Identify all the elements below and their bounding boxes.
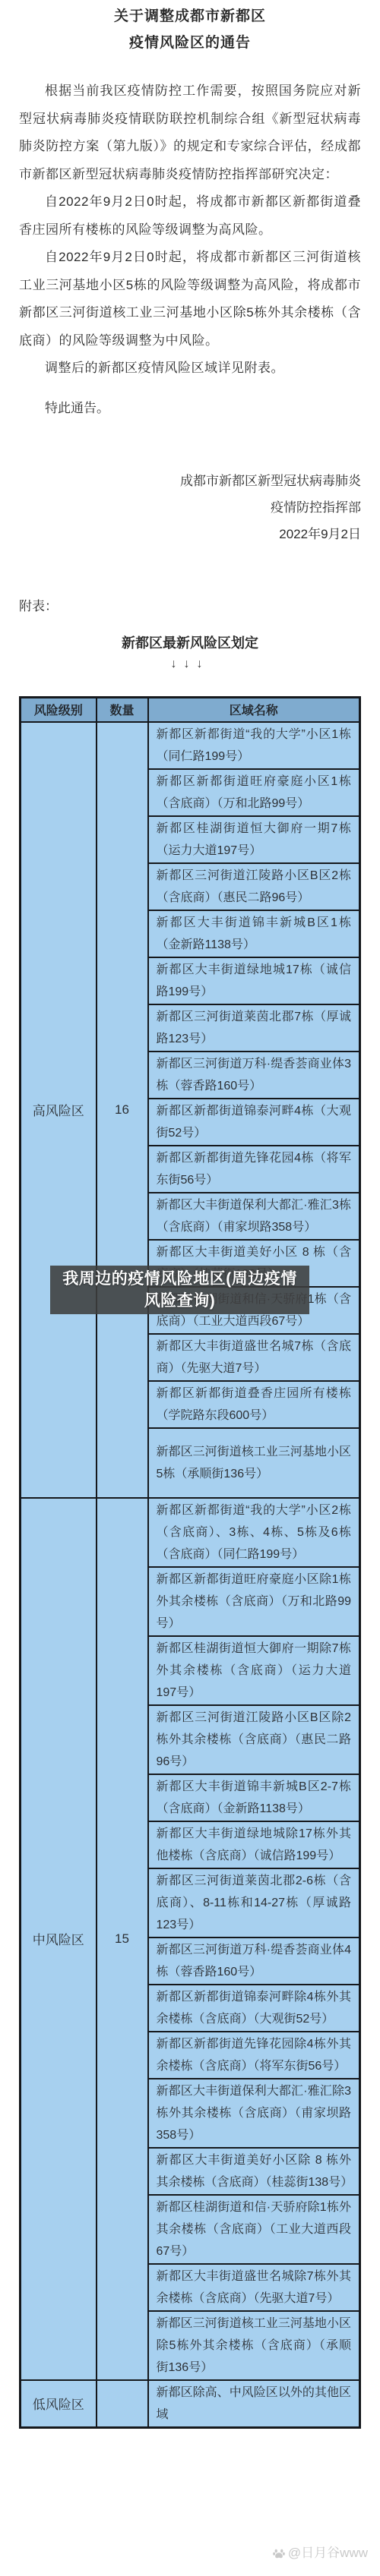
risk-section-0: 高风险区16新都区新都街道“我的大学”小区1栋（同仁路199号）新都区新都街道旺… [21, 722, 360, 1498]
col-header-area-name: 区域名称 [148, 697, 360, 722]
caption-overlay[interactable]: 我周边的疫情风险地区(周边疫情风险查询) [50, 1266, 309, 1314]
notice-body: 根据当前我区疫情防控工作需要，按照国务院应对新型冠状病毒肺炎疫情联防联控机制综合… [19, 77, 361, 383]
risk-section-1: 中风险区15新都区新都街道“我的大学”小区2栋（含底商）、3栋、4栋、5栋及6栋… [21, 1498, 360, 2380]
area-cell: 新都区三河街道万科·缇香荟商业体4栋（蓉香路160号） [148, 1938, 360, 1985]
area-cell: 新都区新都街道先锋花园4栋（将军东街56号） [148, 1146, 360, 1193]
down-arrows: ↓↓↓ [19, 655, 361, 673]
risk-level-cell: 中风险区 [21, 1498, 97, 2380]
area-cell: 新都区大丰街道美好小区除 8 栋外其余楼栋（含底商）（桂蕊街138号） [148, 2148, 360, 2195]
table-header-row: 风险级别 数量 区域名称 [21, 697, 360, 722]
area-cell: 新都区三河街道莱茵北郡7栋（厚诚路123号） [148, 1004, 360, 1052]
area-cell: 新都区大丰街道锦丰新城B区2-7栋（含底商）（金新路1138号） [148, 1774, 360, 1821]
area-cell: 新都区除高、中风险区以外的其他区域 [148, 2380, 360, 2428]
area-cell: 新都区新都街道先锋花园除4栋外其余楼栋（含底商）（将军东街56号） [148, 2032, 360, 2079]
area-cell: 新都区桂湖街道和信·天骄府除1栋外其余楼栋（含底商）（工业大道西段67号） [148, 2195, 360, 2264]
area-cell: 新都区大丰街道绿地城17栋（诚信路199号） [148, 957, 360, 1004]
area-cell: 新都区大丰街道保利大都汇·雅汇除3栋外其余楼栋（含底商）（甫家坝路358号） [148, 2079, 360, 2148]
count-cell [97, 2380, 148, 2428]
signature-org-line1: 成都市新都区新型冠状病毒肺炎 [19, 468, 361, 494]
count-cell: 15 [97, 1498, 148, 2380]
table-title: 新都区最新风险区划定 [19, 634, 361, 652]
notice-paragraph: 自2022年9月2日0时起，将成都市新都区三河街道核工业三河基地小区5栋的风险等… [19, 244, 361, 355]
notice-document: 关于调整成都市新都区 疫情风险区的通告 根据当前我区疫情防控工作需要，按照国务院… [0, 0, 380, 2429]
notice-title-line2: 疫情风险区的通告 [19, 30, 361, 56]
risk-table: 风险级别 数量 区域名称 高风险区16新都区新都街道“我的大学”小区1栋（同仁路… [19, 696, 361, 2429]
area-cell: 新都区新都街道旺府豪庭小区1栋（含底商）（万和北路99号） [148, 769, 360, 816]
area-cell: 新都区三河街道核工业三河基地小区除5栋外其余楼栋（含底商）（承顺街136号） [148, 2311, 360, 2380]
col-header-risk-level: 风险级别 [21, 697, 97, 722]
area-cell: 新都区新都街道锦泰河畔除4栋外其余楼栋（含底商）（大观街52号） [148, 1985, 360, 2032]
signature-date: 2022年9月2日 [19, 521, 361, 547]
risk-section-2: 低风险区新都区除高、中风险区以外的其他区域 [21, 2380, 360, 2428]
area-cell: 新都区大丰街道保利大都汇·雅汇3栋（含底商）（甫家坝路358号） [148, 1193, 360, 1240]
paw-icon [272, 2546, 286, 2560]
area-cell: 新都区三河街道莱茵北郡2-6栋（含底商）、8-11栋和14-27栋（厚诚路123… [148, 1868, 360, 1938]
area-cell: 新都区三河街道江陵路小区B区2栋（含底商）（惠民二路96号） [148, 863, 360, 910]
area-cell: 新都区大丰街道盛世名城除7栋外其余楼栋（含底商）（先驱大道7号） [148, 2264, 360, 2311]
area-cell: 新都区大丰街道锦丰新城B区1栋（金新路1138号） [148, 910, 360, 957]
watermark-text: @日月谷www [288, 2546, 368, 2561]
area-cell: 新都区桂湖街道恒大御府一期除7栋外其余楼栋（含底商）（运力大道197号） [148, 1636, 360, 1705]
notice-paragraph: 根据当前我区疫情防控工作需要，按照国务院应对新型冠状病毒肺炎疫情联防联控机制综合… [19, 77, 361, 188]
attachment-label: 附表： [19, 593, 361, 620]
area-cell: 新都区桂湖街道恒大御府一期7栋（运力大道197号） [148, 816, 360, 863]
closing-line: 特此通告。 [19, 395, 361, 422]
col-header-count: 数量 [97, 697, 148, 722]
area-cell: 新都区大丰街道绿地城除17栋外其他楼栋（含底商）（诚信路199号） [148, 1821, 360, 1868]
table-row: 中风险区15新都区新都街道“我的大学”小区2栋（含底商）、3栋、4栋、5栋及6栋… [21, 1498, 360, 1567]
table-row: 高风险区16新都区新都街道“我的大学”小区1栋（同仁路199号） [21, 722, 360, 769]
area-cell: 新都区三河街道核工业三河基地小区5栋（承顺街136号） [148, 1428, 360, 1498]
table-row: 低风险区新都区除高、中风险区以外的其他区域 [21, 2380, 360, 2428]
notice-paragraph: 自2022年9月2日0时起，将成都市新都区新都街道叠香庄园所有楼栋的风险等级调整… [19, 188, 361, 244]
count-cell: 16 [97, 722, 148, 1498]
risk-level-cell: 低风险区 [21, 2380, 97, 2428]
notice-title: 关于调整成都市新都区 疫情风险区的通告 [19, 3, 361, 56]
notice-paragraph: 调整后的新都区疫情风险区域详见附表。 [19, 355, 361, 383]
area-cell: 新都区三河街道万科·缇香荟商业体3栋（蓉香路160号） [148, 1052, 360, 1099]
area-cell: 新都区大丰街道盛世名城7栋（含底商）（先驱大道7号） [148, 1334, 360, 1381]
notice-title-line1: 关于调整成都市新都区 [19, 3, 361, 30]
signature-org-line2: 疫情防控指挥部 [19, 494, 361, 521]
area-cell: 新都区三河街道江陵路小区B区除2栋外其余楼栋（含底商）（惠民二路96号） [148, 1705, 360, 1774]
risk-level-cell: 高风险区 [21, 722, 97, 1498]
area-cell: 新都区新都街道锦泰河畔4栋（大观街52号） [148, 1099, 360, 1146]
area-cell: 新都区新都街道旺府豪庭小区除1栋外其余楼栋（含底商）（万和北路99号） [148, 1567, 360, 1636]
area-cell: 新都区新都街道“我的大学”小区1栋（同仁路199号） [148, 722, 360, 769]
area-cell: 新都区新都街道“我的大学”小区2栋（含底商）、3栋、4栋、5栋及6栋（含底商）（… [148, 1498, 360, 1567]
watermark: @日月谷www [272, 2546, 368, 2561]
area-cell: 新都区新都街道叠香庄园所有楼栋（学院路东段600号） [148, 1381, 360, 1428]
signature-block: 成都市新都区新型冠状病毒肺炎 疫情防控指挥部 2022年9月2日 [19, 468, 361, 547]
